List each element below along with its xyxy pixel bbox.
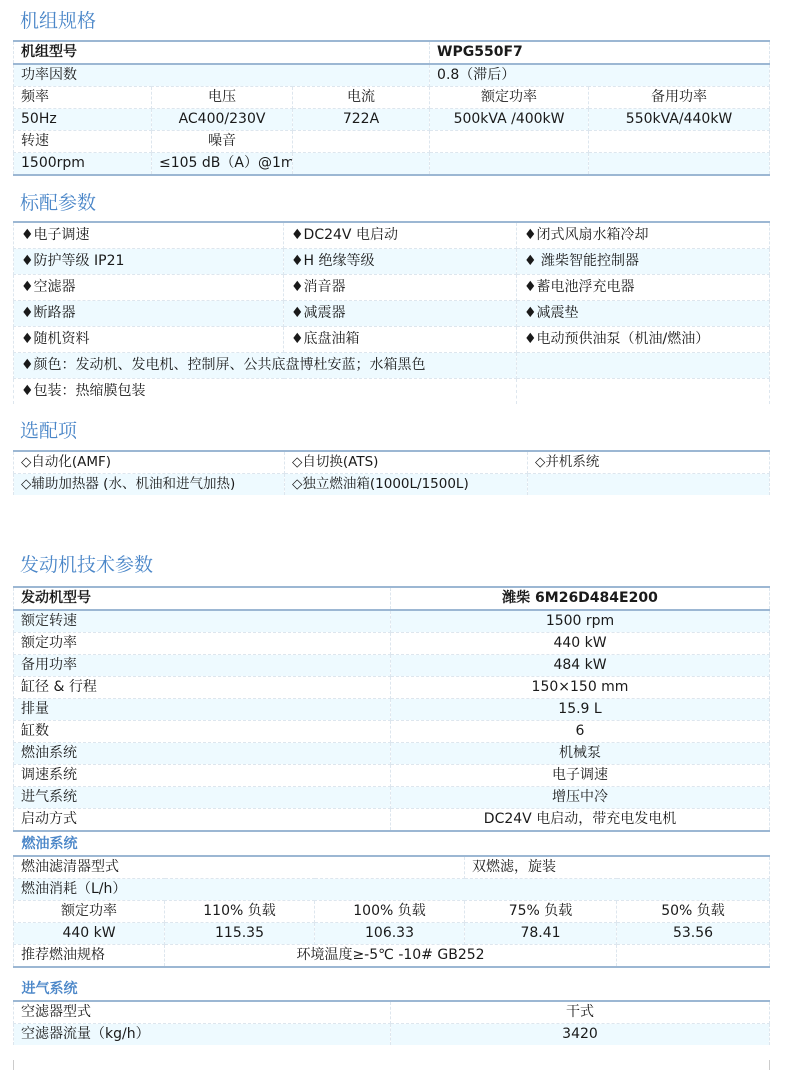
val: 722A [293,109,430,131]
opt-item: ◇并机系统 [528,451,770,474]
val: 50Hz [14,109,152,131]
param-value: 电子调速 [391,765,770,787]
std-item: ♦电动预供油泵（机油/燃油） [517,327,770,353]
consumption-value: 106.33 [315,923,465,945]
fuel-table: 燃油系统 燃油滤清器型式 双燃滤，旋装 燃油消耗（L/h） 额定功率 110% … [13,834,770,968]
air-system-title: 进气系统 [14,979,770,1001]
packing-note: ♦包装：热缩膜包装 [14,379,517,405]
model-label: 机组型号 [14,41,430,64]
param-value: 6 [391,721,770,743]
empty [589,131,770,153]
std-item: ♦DC24V 电启动 [284,222,517,249]
param-label: 额定功率 [14,633,391,655]
filter-value: 双燃滤，旋装 [465,856,770,879]
hdr: 备用功率 [589,87,770,109]
section-title-spec: 机组规格 [20,6,96,33]
std-item: ♦闭式风扇水箱冷却 [517,222,770,249]
param-value: 增压中冷 [391,787,770,809]
std-item: ♦蓄电池浮充电器 [517,275,770,301]
param-value: 1500 rpm [391,610,770,633]
val: 550kVA/440kW [589,109,770,131]
param-label: 启动方式 [14,809,391,832]
spec-table: 机组型号 WPG550F7 功率因数 0.8（滞后） 频率 电压 电流 额定功率… [13,40,770,176]
param-label: 备用功率 [14,655,391,677]
engine-model-value: 潍柴 6M26D484E200 [391,587,770,610]
val: AC400/230V [152,109,293,131]
consumption-value: 78.41 [465,923,617,945]
std-item: ♦消音器 [284,275,517,301]
std-item: ♦减震垫 [517,301,770,327]
empty [589,153,770,176]
optional-table: ◇自动化(AMF) ◇自切换(ATS) ◇并机系统 ◇辅助加热器 (水、机油和进… [13,450,770,495]
pf-label: 功率因数 [14,64,430,87]
param-label: 调速系统 [14,765,391,787]
std-item: ♦减震器 [284,301,517,327]
empty [430,153,589,176]
air-type-label: 空滤器型式 [14,1001,391,1024]
val: 500kVA /400kW [430,109,589,131]
std-item: ♦底盘油箱 [284,327,517,353]
load-header: 50% 负载 [617,901,770,923]
standard-table: ♦电子调速 ♦DC24V 电启动 ♦闭式风扇水箱冷却 ♦防护等级 IP21 ♦H… [13,221,770,404]
air-type-value: 干式 [391,1001,770,1024]
air-flow-value: 3420 [391,1024,770,1046]
hdr: 电压 [152,87,293,109]
empty [517,379,770,405]
fuel-spec-label: 推荐燃油规格 [14,945,165,968]
hdr: 转速 [14,131,152,153]
hdr: 电流 [293,87,430,109]
param-value: 440 kW [391,633,770,655]
empty [617,945,770,968]
param-value: 机械泵 [391,743,770,765]
consumption-value: 440 kW [14,923,165,945]
opt-item: ◇辅助加热器 (水、机油和进气加热) [14,474,285,496]
fuel-system-title: 燃油系统 [14,834,770,856]
param-label: 额定转速 [14,610,391,633]
hdr: 额定功率 [430,87,589,109]
empty [430,131,589,153]
val: ≤105 dB（A）@1m [152,153,293,176]
std-item: ♦断路器 [14,301,284,327]
engine-table: 发动机型号 潍柴 6M26D484E200 额定转速1500 rpm 额定功率4… [13,586,770,832]
empty [517,353,770,379]
fuel-spec-value: 环境温度≥-5℃ -10# GB252 [165,945,617,968]
section-title-optional: 选配项 [20,416,77,443]
param-value: 150×150 mm [391,677,770,699]
air-table: 进气系统 空滤器型式 干式 空滤器流量（kg/h） 3420 [13,979,770,1045]
section-title-standard: 标配参数 [20,188,96,215]
opt-item: ◇自动化(AMF) [14,451,285,474]
param-label: 进气系统 [14,787,391,809]
std-item: ♦随机资料 [14,327,284,353]
opt-item [528,474,770,496]
std-item: ♦空滤器 [14,275,284,301]
opt-item: ◇独立燃油箱(1000L/1500L) [285,474,528,496]
engine-model-label: 发动机型号 [14,587,391,610]
section-title-engine: 发动机技术参数 [20,550,153,577]
model-value: WPG550F7 [430,41,770,64]
std-item: ♦电子调速 [14,222,284,249]
color-note: ♦颜色：发动机、发电机、控制屏、公共底盘博杜安蓝；水箱黑色 [14,353,517,379]
std-item: ♦H 绝缘等级 [284,249,517,275]
consumption-label: 燃油消耗（L/h） [14,879,770,901]
load-header: 100% 负载 [315,901,465,923]
pf-value: 0.8（滞后） [430,64,770,87]
param-label: 燃油系统 [14,743,391,765]
std-item: ♦防护等级 IP21 [14,249,284,275]
param-label: 缸径 & 行程 [14,677,391,699]
empty [293,131,430,153]
param-label: 排量 [14,699,391,721]
load-header: 额定功率 [14,901,165,923]
frame-corner-right [769,1060,770,1070]
load-header: 110% 负载 [165,901,315,923]
param-value: 484 kW [391,655,770,677]
param-value: 15.9 L [391,699,770,721]
air-flow-label: 空滤器流量（kg/h） [14,1024,391,1046]
opt-item: ◇自切换(ATS) [285,451,528,474]
hdr: 频率 [14,87,152,109]
hdr: 噪音 [152,131,293,153]
std-item: ♦ 潍柴智能控制器 [517,249,770,275]
consumption-value: 115.35 [165,923,315,945]
consumption-value: 53.56 [617,923,770,945]
frame-corner-left [13,1060,14,1070]
load-header: 75% 负载 [465,901,617,923]
filter-label: 燃油滤清器型式 [14,856,465,879]
empty [293,153,430,176]
param-label: 缸数 [14,721,391,743]
param-value: DC24V 电启动，带充电发电机 [391,809,770,832]
val: 1500rpm [14,153,152,176]
